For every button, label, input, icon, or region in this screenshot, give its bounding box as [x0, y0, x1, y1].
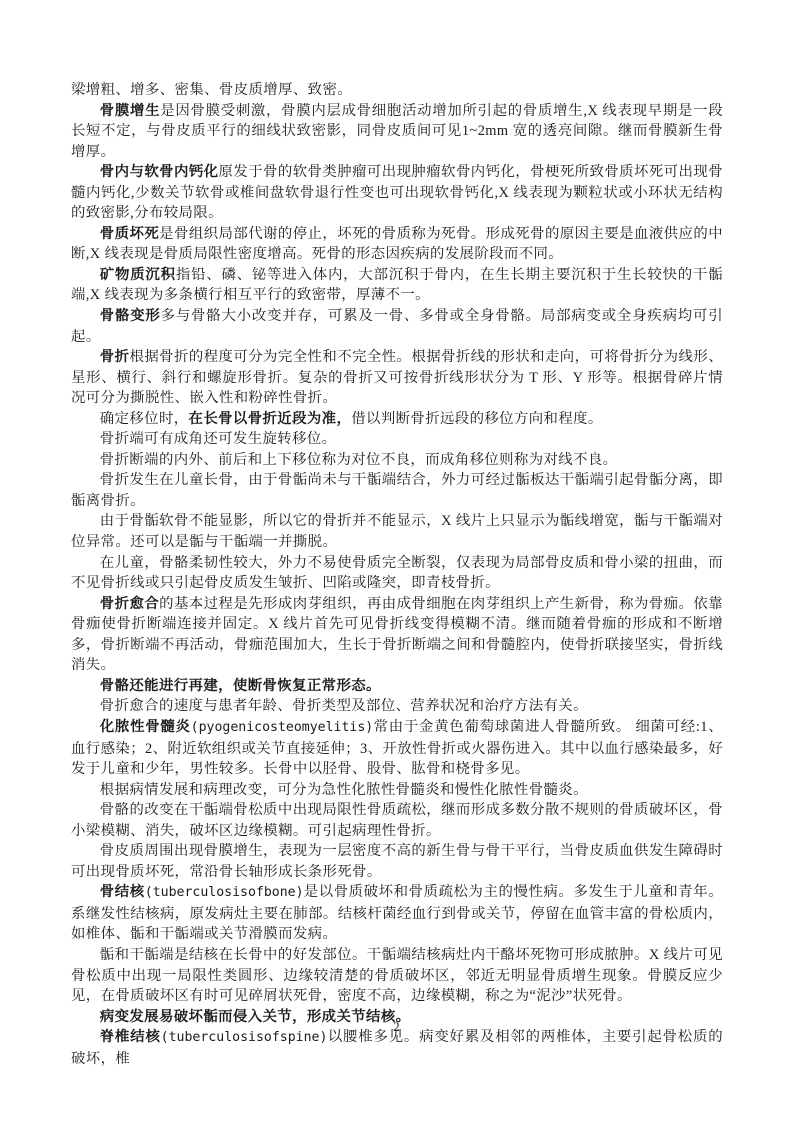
paragraph: 骨皮质周围出现骨膜增生，表现为一层密度不高的新生骨与骨干平行，当骨皮质血供发生障… — [71, 841, 723, 882]
text-run: 骨折愈合的速度与患者年龄、骨折类型及部位、营养状况和治疗方法有关。 — [100, 698, 588, 714]
paragraph: 骨折端可有成角还可发生旋转移位。 — [71, 429, 723, 450]
paragraph: 骨内与软骨内钙化原发于骨的软骨类肿瘤可出现肿瘤软骨内钙化，骨梗死所致骨质坏死可出… — [71, 162, 723, 224]
text-run: 骨折断端的内外、前后和上下移位称为对位不良，而成角移位则称为对线不良。 — [100, 452, 618, 468]
paragraph: 骨骼变形多与骨骼大小改变并存，可累及一骨、多骨或全身骨骼。局部病变或全身疾病均可… — [71, 306, 723, 347]
text-run: 骺和干骺端是结核在长骨中的好发部位。干骺端结核病灶内干酪坏死物可形成脓肿。X 线… — [71, 947, 723, 1004]
paragraph: 确定移位时，在长骨以骨折近段为准，借以判断骨折远段的移位方向和程度。 — [71, 409, 723, 430]
text-run: 多与骨骼大小改变并存，可累及一骨、多骨或全身骨骼。局部病变或全身疾病均可引起。 — [71, 308, 723, 345]
text-run: 梁增粗、增多、密集、骨皮质增厚、致密。 — [71, 82, 352, 98]
text-run: 骨结核 — [100, 884, 145, 900]
page-number: 2 — [0, 1020, 793, 1035]
text-run: 的基本过程是先形成肉芽组织，再由成骨细胞在肉芽组织上产生新骨，称为骨痂。依靠骨痂… — [71, 596, 723, 674]
paragraph: 骺和干骺端是结核在长骨中的好发部位。干骺端结核病灶内干酪坏死物可形成脓肿。X 线… — [71, 945, 723, 1007]
paragraph: 骨折断端的内外、前后和上下移位称为对位不良，而成角移位则称为对线不良。 — [71, 450, 723, 471]
paragraph: 在儿童，骨骼柔韧性较大，外力不易使骨质完全断裂，仅表现为局部骨皮质和骨小梁的扭曲… — [71, 553, 723, 594]
text-run: 在长骨以骨折近段为准， — [189, 411, 352, 427]
text-run: 骨骼的改变在干骺端骨松质中出现局限性骨质疏松，继而形成多数分散不规则的骨质破坏区… — [71, 802, 723, 839]
paragraph: 骨折发生在儿童长骨，由于骨骺尚未与干骺端结合，外力可经过骺板达干骺端引起骨骺分离… — [71, 470, 723, 511]
text-run: 骨骼还能进行再建，使断骨恢复正常形态。 — [100, 678, 381, 694]
text-run: 骨质坏死 — [100, 226, 159, 242]
paragraph: 由于骨骺软骨不能显影，所以它的骨折并不能显示，X 线片上只显示为骺线增宽，骺与干… — [71, 511, 723, 552]
text-run: (pyogenicosteomyelitis) — [191, 720, 374, 735]
text-run: 确定移位时， — [100, 411, 189, 427]
document-page: 梁增粗、增多、密集、骨皮质增厚、致密。骨膜增生是因骨膜受刺激，骨膜内层成骨细胞活… — [0, 0, 793, 1122]
text-run: 骨折愈合 — [100, 596, 159, 612]
text-run: 根据病情发展和病理改变，可分为急性化脓性骨髓炎和慢性化脓性骨髓炎。 — [100, 782, 588, 798]
text-run: (tuberculosisofbone) — [145, 885, 304, 900]
text-run: 由于骨骺软骨不能显影，所以它的骨折并不能显示，X 线片上只显示为骺线增宽，骺与干… — [71, 513, 723, 550]
paragraph: 骨骼的改变在干骺端骨松质中出现局限性骨质疏松，继而形成多数分散不规则的骨质破坏区… — [71, 800, 723, 841]
paragraph: 骨骼还能进行再建，使断骨恢复正常形态。 — [71, 676, 723, 697]
text-run: 是骨组织局部代谢的停止，坏死的骨质称为死骨。形成死骨的原因主要是血液供应的中断,… — [71, 226, 723, 263]
text-run: 骨骼变形 — [100, 308, 161, 324]
paragraph: 梁增粗、增多、密集、骨皮质增厚、致密。 — [71, 80, 723, 101]
text-run: 是因骨膜受刺激，骨膜内层成骨细胞活动增加所引起的骨质增生,X 线表现早期是一段长… — [71, 103, 723, 160]
paragraph: 骨折愈合的基本过程是先形成肉芽组织，再由成骨细胞在肉芽组织上产生新骨，称为骨痂。… — [71, 594, 723, 676]
paragraph: 骨结核(tuberculosisofbone)是以骨质破坏和骨质疏松为主的慢性病… — [71, 882, 723, 945]
document-body: 梁增粗、增多、密集、骨皮质增厚、致密。骨膜增生是因骨膜受刺激，骨膜内层成骨细胞活… — [71, 80, 723, 1069]
text-run: 骨内与软骨内钙化 — [100, 164, 219, 180]
text-run: 骨折发生在儿童长骨，由于骨骺尚未与干骺端结合，外力可经过骺板达干骺端引起骨骺分离… — [71, 472, 723, 509]
text-run: 在儿童，骨骼柔韧性较大，外力不易使骨质完全断裂，仅表现为局部骨皮质和骨小梁的扭曲… — [71, 555, 723, 592]
text-run: 骨折 — [100, 349, 130, 365]
text-run: 骨折端可有成角还可发生旋转移位。 — [100, 431, 337, 447]
paragraph: 骨折根据骨折的程度可分为完全性和不完全性。根据骨折线的形状和走向，可将骨折分为线… — [71, 347, 723, 409]
text-run: 化脓性骨髓炎 — [100, 719, 191, 735]
paragraph: 骨质坏死是骨组织局部代谢的停止，坏死的骨质称为死骨。形成死骨的原因主要是血液供应… — [71, 224, 723, 265]
paragraph: 根据病情发展和病理改变，可分为急性化脓性骨髓炎和慢性化脓性骨髓炎。 — [71, 780, 723, 801]
text-run: 骨皮质周围出现骨膜增生，表现为一层密度不高的新生骨与骨干平行，当骨皮质血供发生障… — [71, 843, 723, 880]
paragraph: 矿物质沉积指铅、磷、铋等进入体内，大部沉积于骨内，在生长期主要沉积于生长较快的干… — [71, 265, 723, 306]
paragraph: 骨折愈合的速度与患者年龄、骨折类型及部位、营养状况和治疗方法有关。 — [71, 696, 723, 717]
paragraph: 骨膜增生是因骨膜受刺激，骨膜内层成骨细胞活动增加所引起的骨质增生,X 线表现早期… — [71, 101, 723, 163]
text-run: 借以判断骨折远段的移位方向和程度。 — [351, 411, 602, 427]
text-run: 矿物质沉积 — [100, 267, 176, 283]
paragraph: 化脓性骨髓炎(pyogenicosteomyelitis)常由于金黄色葡萄球菌进… — [71, 717, 723, 780]
text-run: 根据骨折的程度可分为完全性和不完全性。根据骨折线的形状和走向，可将骨折分为线形、… — [71, 349, 723, 406]
text-run: 骨膜增生 — [100, 103, 160, 119]
